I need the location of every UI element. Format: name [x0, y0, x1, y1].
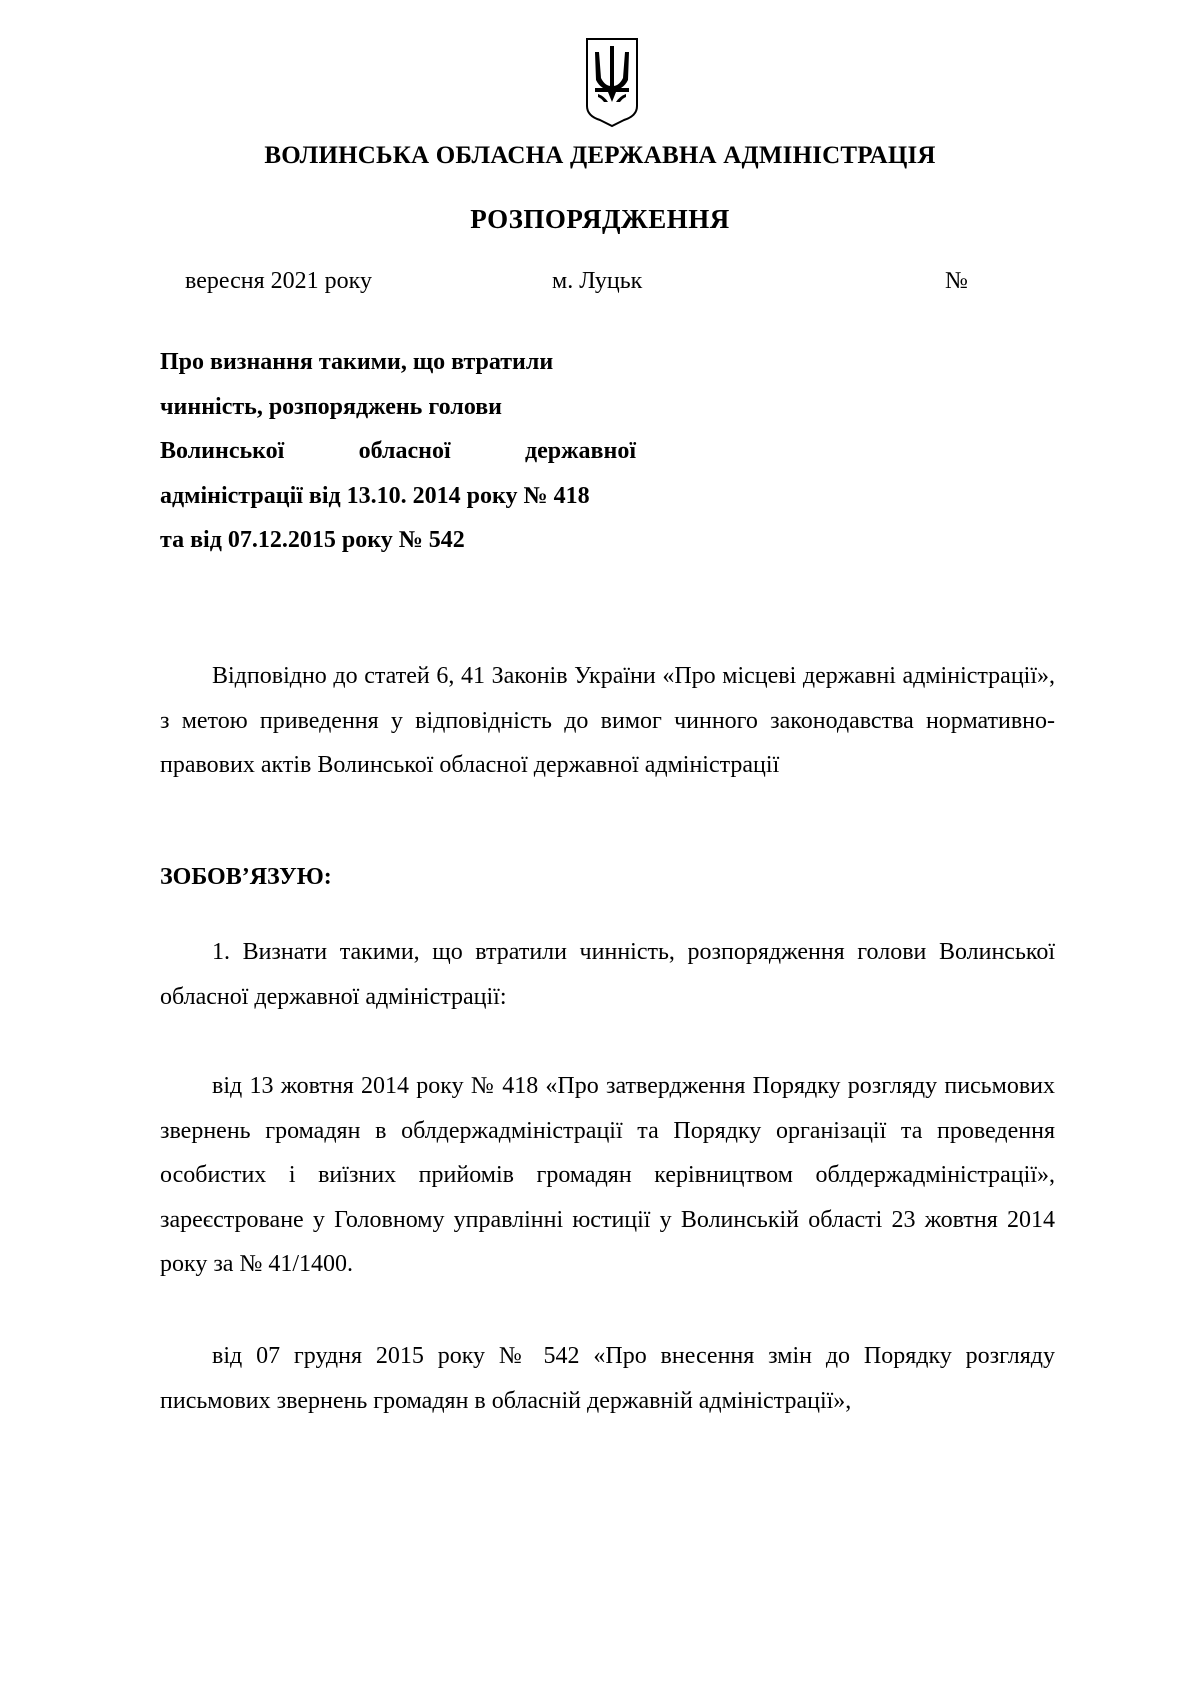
- subject-line: Волинської обласної державної: [160, 429, 636, 474]
- item-1a-text: від 13 жовтня 2014 року № 418 «Про затве…: [160, 1064, 1055, 1287]
- order-heading: ЗОБОВ’ЯЗУЮ:: [160, 864, 332, 891]
- subject-line: Про визнання такими, що втратили: [160, 340, 636, 385]
- coat-of-arms-icon: [584, 36, 640, 128]
- document-number-label: №: [945, 268, 968, 295]
- item-1b-text: від 07 грудня 2015 року № 542 «Про внесе…: [160, 1334, 1055, 1423]
- preamble-text: Відповідно до статей 6, 41 Законів Украї…: [160, 654, 1055, 788]
- item-1-paragraph: 1. Визнати такими, що втратили чинність,…: [160, 930, 1055, 1019]
- subject-line: та від 07.12.2015 року № 542: [160, 518, 636, 563]
- document-type-title: РОЗПОРЯДЖЕННЯ: [0, 204, 1200, 235]
- document-date: вересня 2021 року: [185, 268, 372, 295]
- item-1-text: 1. Визнати такими, що втратили чинність,…: [160, 930, 1055, 1019]
- subject-line: адміністрації від 13.10. 2014 року № 418: [160, 474, 636, 519]
- organization-name: ВОЛИНСЬКА ОБЛАСНА ДЕРЖАВНА АДМІНІСТРАЦІЯ: [0, 142, 1200, 170]
- document-city: м. Луцьк: [552, 268, 642, 295]
- subject-line: чинність, розпоряджень голови: [160, 385, 636, 430]
- document-subject: Про визнання такими, що втратили чинніст…: [160, 340, 636, 563]
- item-1a-paragraph: від 13 жовтня 2014 року № 418 «Про затве…: [160, 1064, 1055, 1287]
- preamble-paragraph: Відповідно до статей 6, 41 Законів Украї…: [160, 654, 1055, 788]
- item-1b-paragraph: від 07 грудня 2015 року № 542 «Про внесе…: [160, 1334, 1055, 1423]
